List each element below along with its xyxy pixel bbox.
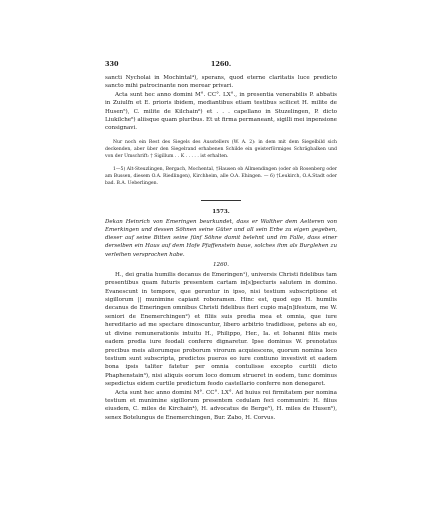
document-page: 330 1260. sancti Nycholai in Mochintal⁴)… [105, 60, 337, 422]
acta-paragraph: Acta sunt hec anno domini M°. CC°. LX°.,… [105, 91, 337, 133]
section-divider [201, 200, 241, 201]
document-number: 1573. [105, 209, 337, 215]
seal-note: Nur noch ein Rest des Siegels des Ausste… [105, 139, 337, 160]
footnotes: 1—5) Alt-Steuzlingen, Bergach, Mochental… [105, 166, 337, 187]
page-header: 330 1260. [105, 60, 337, 74]
document-date: 1260. [105, 262, 337, 268]
charter-text: H., dei gratia humilis decanus de Emerin… [105, 271, 337, 389]
continuation-paragraph: sancti Nycholai in Mochintal⁴), sperans,… [105, 74, 337, 91]
regest-summary: Dekan Heinrich von Emeringen beurkundet,… [105, 218, 337, 259]
running-year: 1260. [211, 60, 231, 68]
charter-acta: Acta sunt hec anno domini M°. CC°. LX°. … [105, 389, 337, 423]
page-number: 330 [105, 60, 119, 68]
